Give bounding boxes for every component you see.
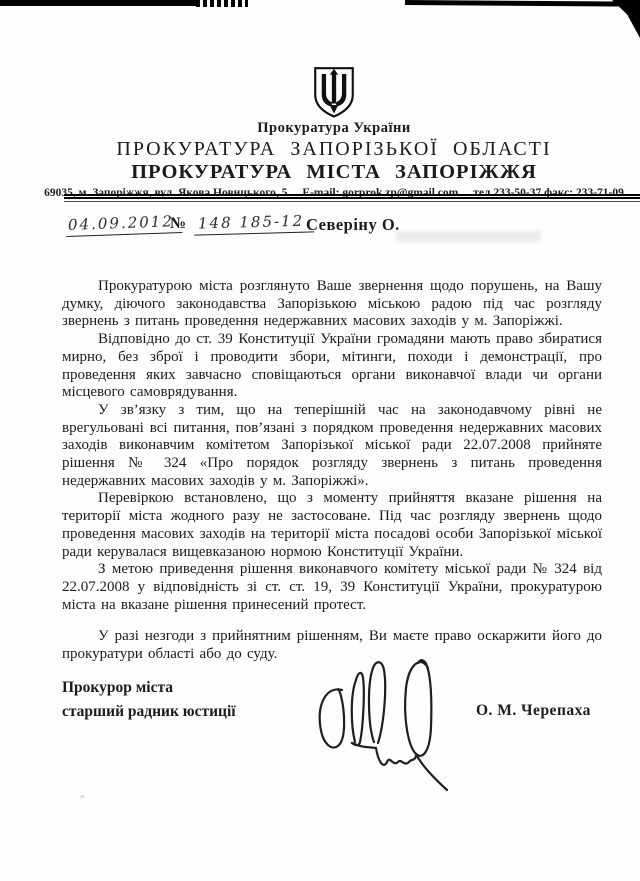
number-sign: №	[170, 215, 186, 233]
addressee-name: Северіну О.	[306, 215, 400, 235]
body-paragraph: У зв’язку з тим, що на теперішній час на…	[62, 402, 602, 491]
org-caption: Прокуратура України	[14, 120, 640, 137]
signer-position-line1: Прокурор міста	[62, 676, 236, 700]
signer-position: Прокурор міста старший радник юстиції	[62, 676, 236, 724]
ukraine-trident-emblem-icon	[312, 66, 356, 118]
handwritten-outgoing-number: 148 185-12	[194, 211, 315, 235]
org-title-city: ПРОКУРАТУРА МІСТА ЗАПОРІЖЖЯ	[14, 161, 640, 184]
handwritten-date: 04.09.2012	[66, 212, 183, 237]
handwritten-signature-icon	[290, 640, 490, 820]
scan-artifact-top-left-bar	[0, 0, 197, 6]
body-paragraph: Перевіркою встановлено, що з моменту при…	[62, 490, 602, 561]
scan-artifact-dust-speck	[80, 795, 85, 798]
org-title-oblast: ПРОКУРАТУРА ЗАПОРІЗЬКОЇ ОБЛАСТІ	[14, 138, 640, 161]
letterhead: Прокуратура України ПРОКУРАТУРА ЗАПОРІЗЬ…	[14, 66, 640, 199]
erased-text-smudge	[396, 231, 541, 242]
signer-name: О. М. Черепаха	[476, 702, 591, 720]
letter-body: Прокуратурою міста розглянуто Ваше зверн…	[62, 278, 602, 664]
letterhead-divider-rule	[64, 194, 640, 202]
scan-artifact-top-right-bar	[405, 0, 640, 7]
body-paragraph: Прокуратурою міста розглянуто Ваше зверн…	[62, 278, 602, 331]
signer-position-line2: старший радник юстиції	[62, 700, 236, 724]
body-paragraph: З метою приведення рішення виконавчого к…	[62, 561, 602, 614]
reference-line: 04.09.2012 № 148 185-12 Северіну О.	[0, 212, 640, 246]
scanned-letter-page: Прокуратура України ПРОКУРАТУРА ЗАПОРІЗЬ…	[0, 0, 640, 881]
body-paragraph: Відповідно до ст. 39 Конституції України…	[62, 331, 602, 402]
scan-artifact-speckle	[196, 0, 248, 7]
